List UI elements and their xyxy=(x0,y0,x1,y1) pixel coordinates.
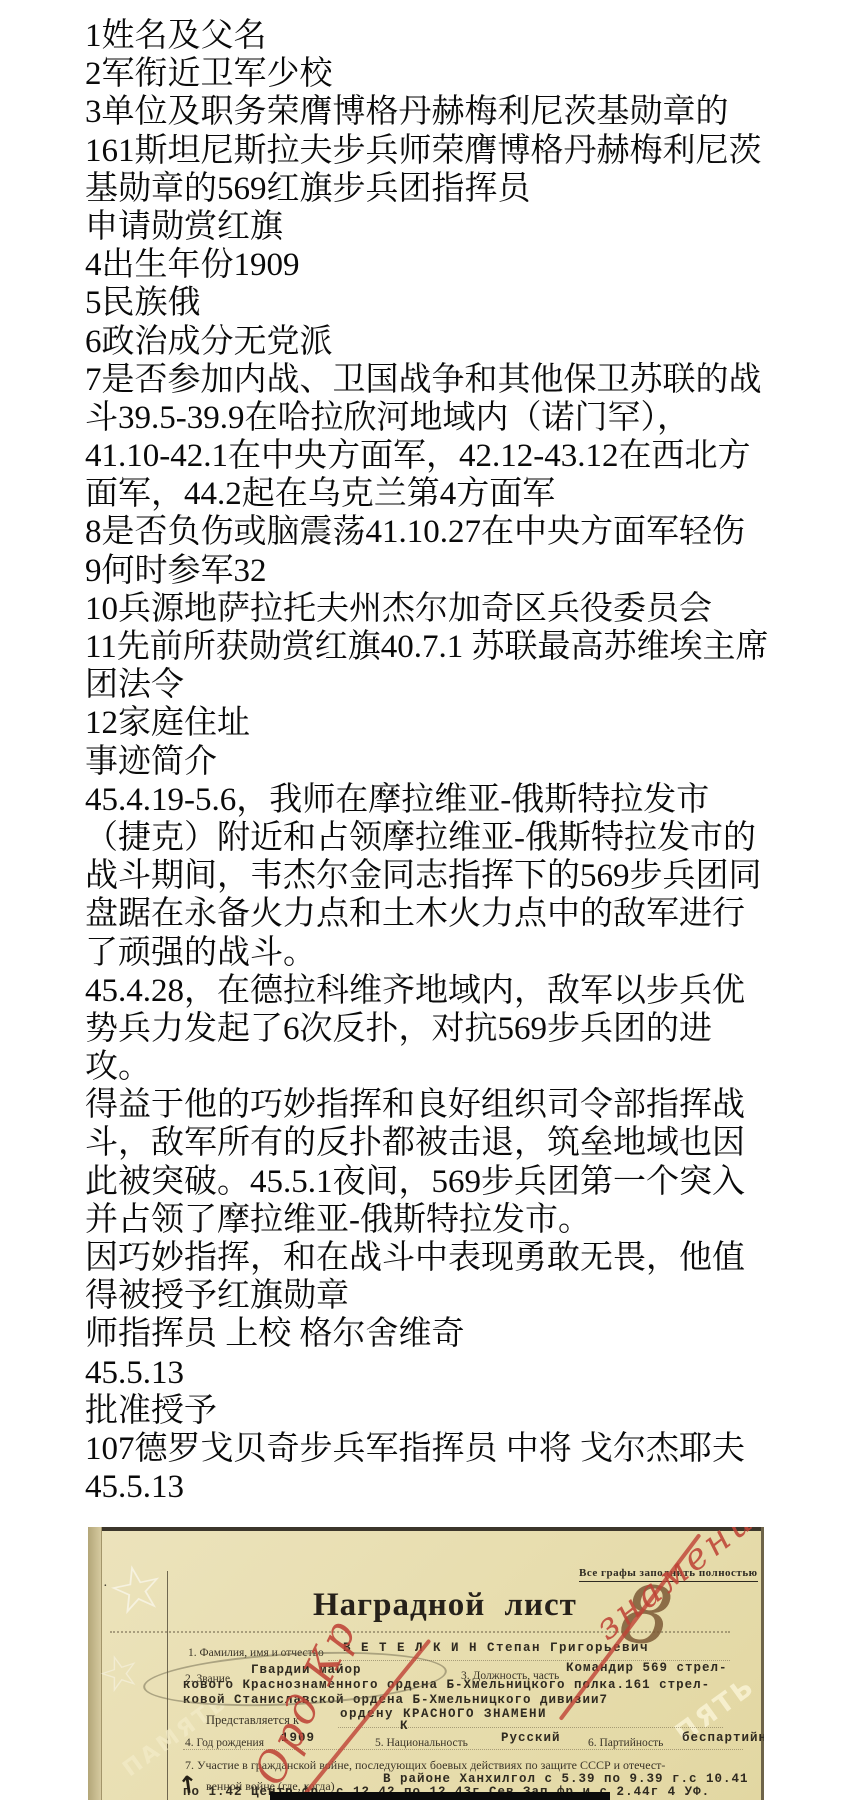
translation-line: 7是否参加内战、卫国战争和其他保卫苏联的战 xyxy=(85,361,791,399)
translation-line: 45.4.28，在德拉科维齐地域内，敌军以步兵优 xyxy=(85,972,791,1010)
divider-dotted xyxy=(338,1727,723,1728)
translation-line: 45.5.13 xyxy=(85,1354,791,1392)
scan-top-edge xyxy=(88,1527,764,1531)
translation-line: 4出生年份1909 xyxy=(85,246,791,284)
translation-line: 3单位及职务荣膺博格丹赫梅利尼茨基勋章的 xyxy=(85,93,791,131)
translation-line: 申请勋赏红旗 xyxy=(85,208,791,246)
translation-line: 45.5.13 xyxy=(85,1468,791,1506)
translation-line: 8是否负伤或脑震荡41.10.27在中央方面军轻伤 xyxy=(85,513,791,551)
ink-speck: · xyxy=(103,1579,108,1595)
translation-line: 41.10-42.1在中央方面军，42.12-43.12在西北方 xyxy=(85,437,791,475)
field-value-party: беспартийный xyxy=(682,1731,764,1745)
translation-line: 2军衔近卫军少校 xyxy=(85,55,791,93)
translation-line: 161斯坦尼斯拉夫步兵师荣膺博格丹赫梅利尼茨 xyxy=(85,132,791,170)
translation-line: 10兵源地萨拉托夫州杰尔加奇区兵役委员会 xyxy=(85,590,791,628)
translation-line: 斗，敌军所有的反扑都被击退，筑垒地域也因 xyxy=(85,1124,791,1162)
translation-line: 6政治成分无党派 xyxy=(85,323,791,361)
translation-line: 了顽强的战斗。 xyxy=(85,934,791,972)
star-watermark-icon: ☆ xyxy=(101,1548,173,1632)
translation-line: 45.4.19-5.6，我师在摩拉维亚-俄斯特拉发市 xyxy=(85,781,791,819)
page: 1姓名及父名2军衔近卫军少校3单位及职务荣膺博格丹赫梅利尼茨基勋章的161斯坦尼… xyxy=(0,0,856,1800)
translation-line: 得益于他的巧妙指挥和良好组织司令部指挥战 xyxy=(85,1086,791,1124)
field-value-position-line1: Командир 569 стрел- xyxy=(566,1661,728,1675)
translation-line: 并占领了摩拉维亚-俄斯特拉发市。 xyxy=(85,1201,791,1239)
field-value-presented-correction: К xyxy=(400,1719,409,1733)
scan-right-edge xyxy=(761,1527,764,1800)
translation-line: 12家庭住址 xyxy=(85,704,791,742)
translation-line: 势兵力发起了6次反扑，对抗569步兵团的进 xyxy=(85,1010,791,1048)
translation-line: 1姓名及父名 xyxy=(85,17,791,55)
field-label-nationality: 5. Национальность xyxy=(375,1737,468,1749)
field-value-nationality: Русский xyxy=(501,1731,561,1745)
document-title: Наградной лист xyxy=(313,1587,577,1624)
translation-line: 5民族俄 xyxy=(85,284,791,322)
translation-line: 师指挥员 上校 格尔舍维奇 xyxy=(85,1315,791,1353)
handwritten-arrow-mark: ↑ xyxy=(176,1770,200,1800)
redaction-bar xyxy=(270,1792,610,1800)
field-label-party: 6. Партийность xyxy=(588,1737,663,1749)
award-sheet-scan: ☆ ☆ ПЯТЬ ПАМЯТЬ Все графы заполнить полн… xyxy=(88,1527,764,1800)
translation-line: 因巧妙指挥，和在战斗中表现勇敢无畏，他值 xyxy=(85,1239,791,1277)
translation-line: （捷克）附近和占领摩拉维亚-俄斯特拉发市的 xyxy=(85,819,791,857)
translation-line: 盘踞在永备火力点和土木火力点中的敌军进行 xyxy=(85,895,791,933)
translation-line: 批准授予 xyxy=(85,1392,791,1430)
translation-line: 107德罗戈贝奇步兵军指挥员 中将 戈尔杰耶夫 xyxy=(85,1430,791,1468)
translation-line: 面军，44.2起在乌克兰第4方面军 xyxy=(85,475,791,513)
translation-line: 团法令 xyxy=(85,666,791,704)
translation-line: 攻。 xyxy=(85,1048,791,1086)
translation-line: 11先前所获勋赏红旗40.7.1 苏联最高苏维埃主席 xyxy=(85,628,791,666)
translation-line: 此被突破。45.5.1夜间，569步兵团第一个突入 xyxy=(85,1163,791,1201)
translation-line: 斗39.5-39.9在哈拉欣河地域内（诺门罕）， xyxy=(85,399,791,437)
translation-line: 战斗期间，韦杰尔金同志指挥下的569步兵团同 xyxy=(85,857,791,895)
translation-line: 9何时参军32 xyxy=(85,552,791,590)
translation-line: 得被授予红旗勋章 xyxy=(85,1277,791,1315)
field-value-war-participation-line1: В районе Ханхилгол с 5.39 по 9.39 г.с 10… xyxy=(383,1772,749,1786)
translation-text: 1姓名及父名2军衔近卫军少校3单位及职务荣膺博格丹赫梅利尼茨基勋章的161斯坦尼… xyxy=(85,17,791,1506)
translation-line: 事迹简介 xyxy=(85,743,791,781)
field-label-birth-year: 4. Год рождения xyxy=(185,1737,264,1749)
translation-line: 基勋章的569红旗步兵团指挥员 xyxy=(85,170,791,208)
